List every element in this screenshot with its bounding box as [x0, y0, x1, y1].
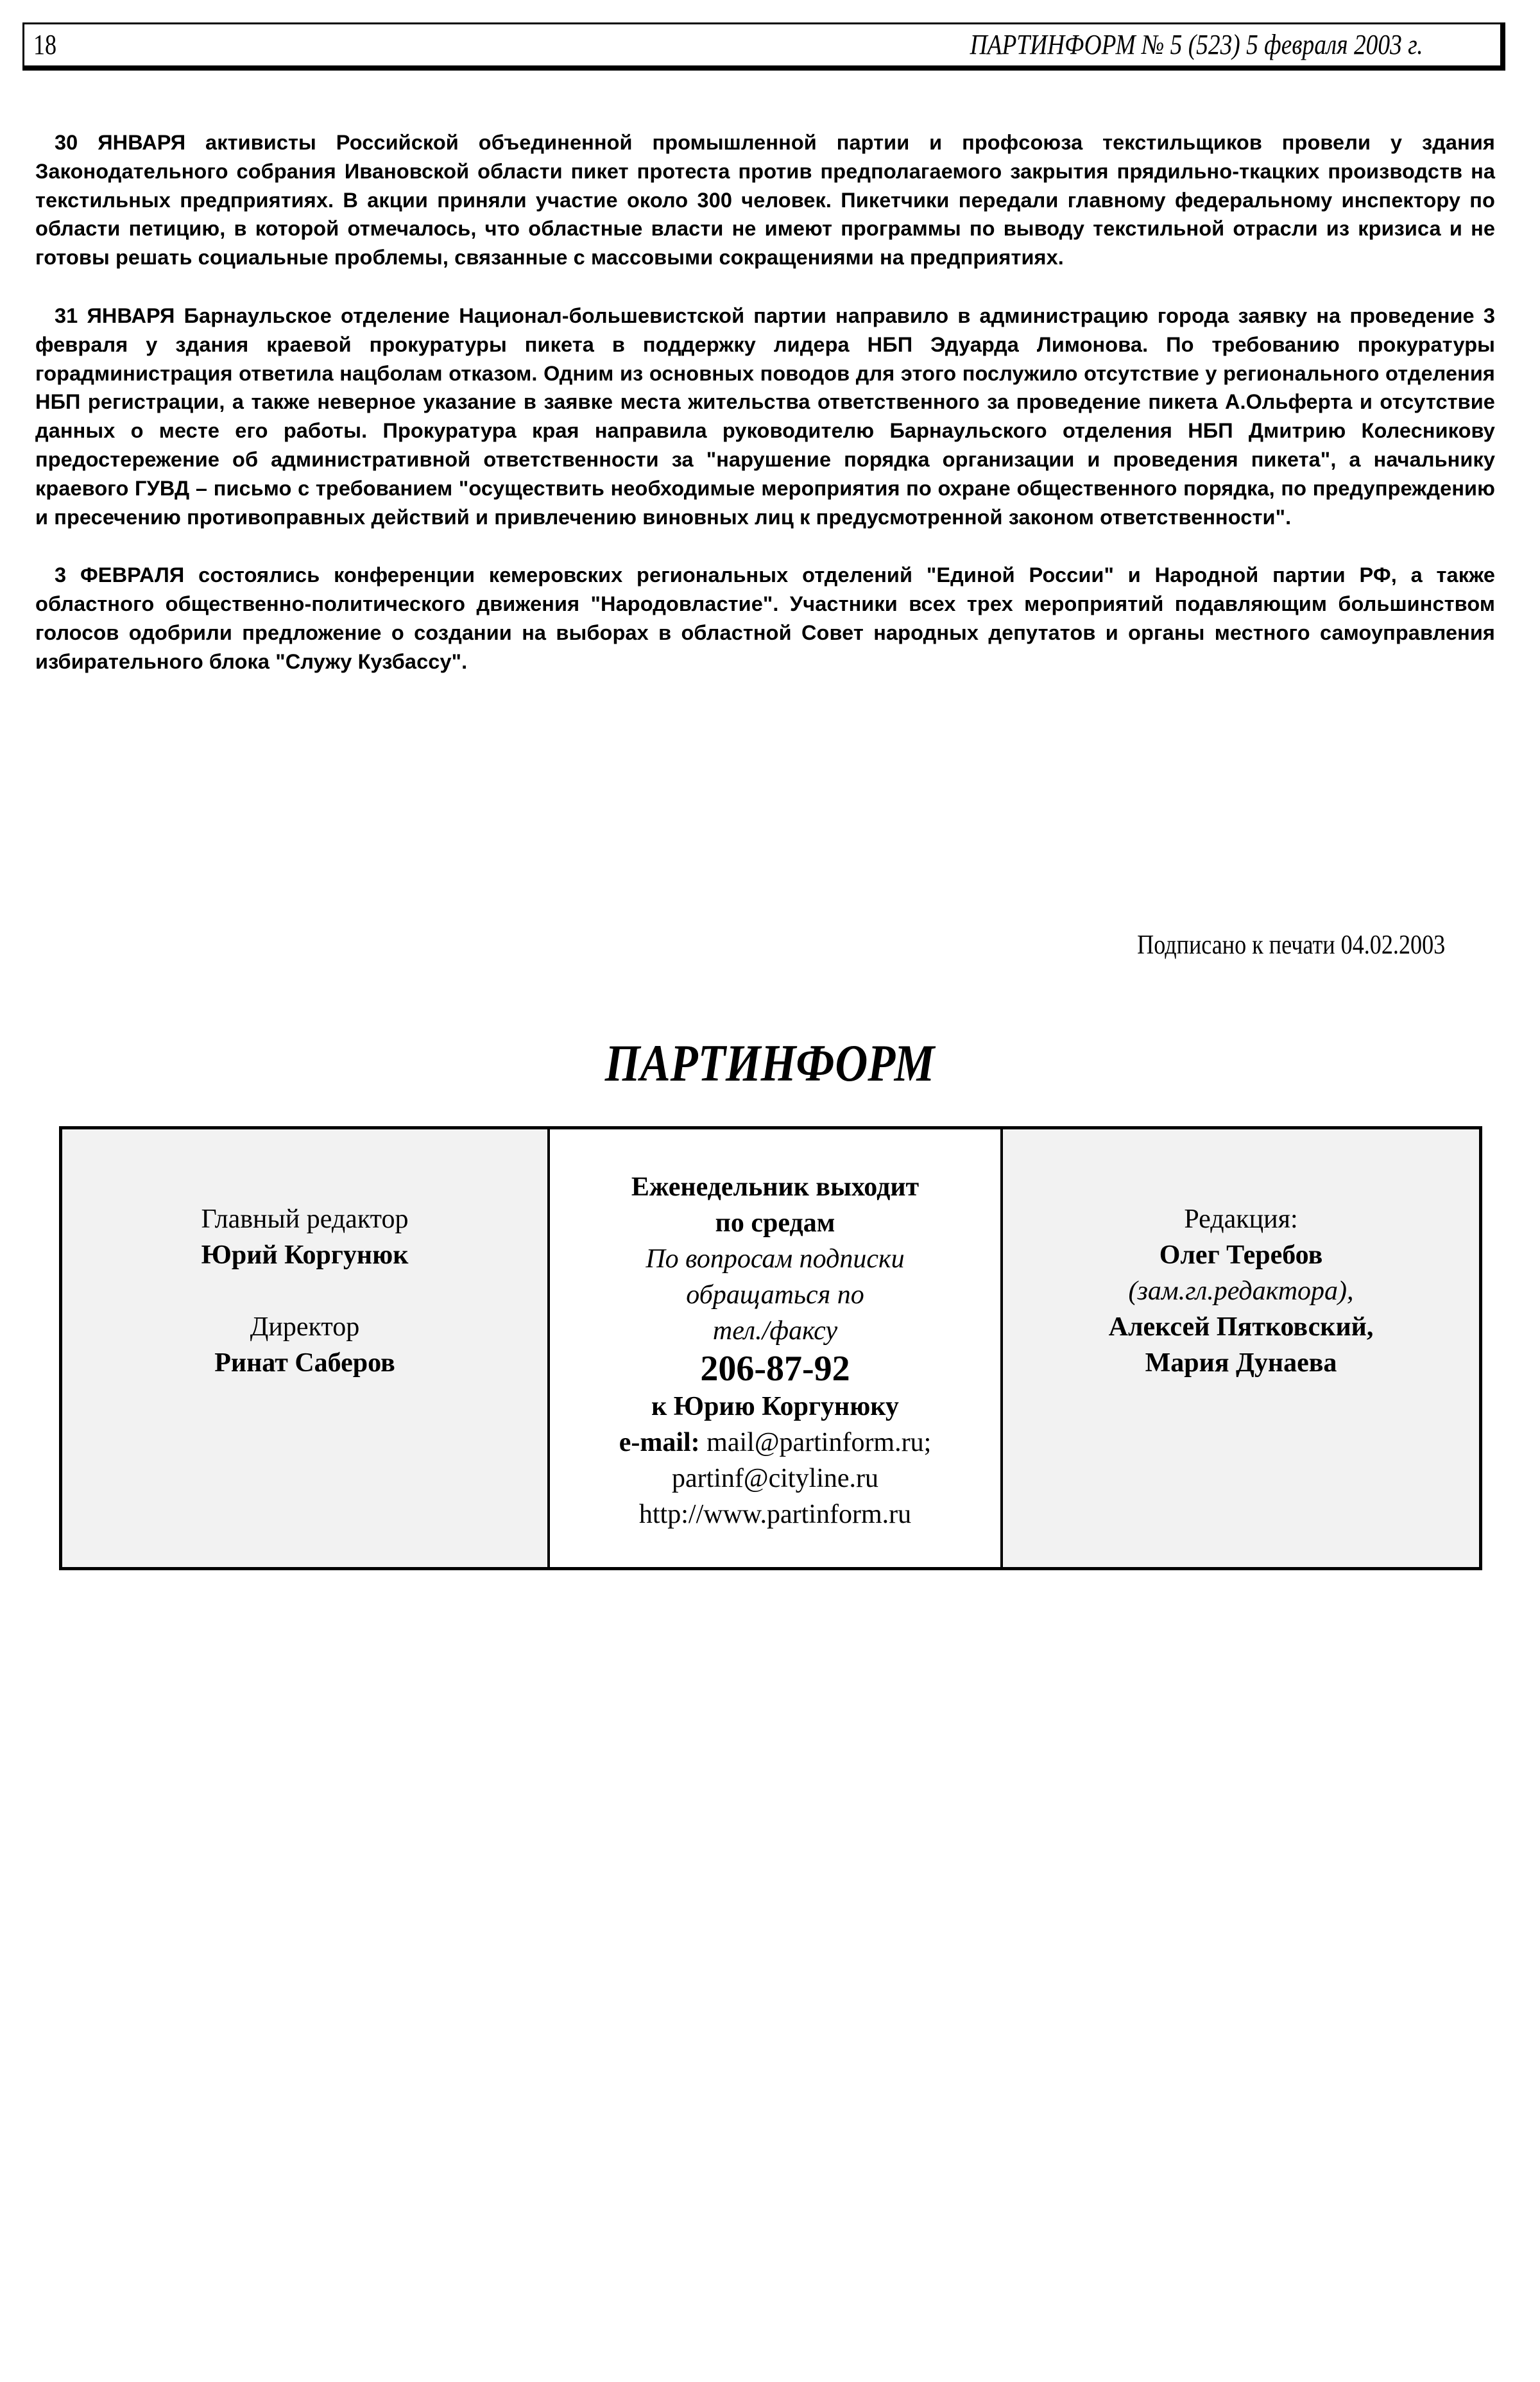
masthead-box: Главный редактор Юрий Коргунюк Директор …: [59, 1126, 1482, 1570]
news-articles: 30 ЯНВАРЯ активисты Российской объединен…: [35, 128, 1495, 706]
staff-role-1: (зам.гл.редактора),: [1003, 1273, 1479, 1309]
masthead-staff: Редакция: Олег Теребов (зам.гл.редактора…: [1003, 1129, 1479, 1567]
staff-name-3: Мария Дунаева: [1003, 1345, 1479, 1381]
email-label: e-mail:: [619, 1428, 700, 1457]
email-link-2[interactable]: partinf@cityline.ru: [550, 1461, 1000, 1496]
email-link-1[interactable]: mail@partinform.ru;: [700, 1428, 932, 1457]
website-link[interactable]: http://www.partinform.ru: [550, 1496, 1000, 1532]
chief-editor-name: Юрий Коргунюк: [62, 1237, 547, 1273]
contact-person: к Юрию Коргунюку: [550, 1389, 1000, 1425]
article-date: 3 ФЕВРАЛЯ: [55, 563, 184, 587]
staff-label: Редакция:: [1003, 1201, 1479, 1237]
subscription-line-3: тел./факсу: [550, 1313, 1000, 1349]
article-text: активисты Российской объединенной промыш…: [35, 131, 1495, 269]
subscription-line-2: обращаться по: [550, 1277, 1000, 1313]
article-feb-3: 3 ФЕВРАЛЯ состоялись конференции кемеров…: [35, 561, 1495, 676]
email-line: e-mail: mail@partinform.ru;: [550, 1425, 1000, 1461]
schedule-line-2: по средам: [550, 1205, 1000, 1241]
article-jan-31: 31 ЯНВАРЯ Барнаульское отделение Национа…: [35, 302, 1495, 531]
article-date: 31 ЯНВАРЯ: [55, 304, 175, 327]
phone-number: 206-87-92: [550, 1349, 1000, 1389]
masthead-leadership: Главный редактор Юрий Коргунюк Директор …: [62, 1129, 550, 1567]
subscription-line-1: По вопросам подписки: [550, 1241, 1000, 1277]
masthead-contacts: Еженедельник выходит по средам По вопрос…: [550, 1129, 1003, 1567]
masthead-title-text: ПАРТИНФОРМ: [605, 1034, 935, 1092]
article-text: Барнаульское отделение Национал-большеви…: [35, 304, 1495, 529]
signed-for-print: Подписано к печати 04.02.2003: [1137, 929, 1445, 961]
director-label: Директор: [62, 1309, 547, 1345]
director-name: Ринат Саберов: [62, 1345, 547, 1381]
article-date: 30 ЯНВАРЯ: [55, 131, 185, 154]
issue-title: ПАРТИНФОРМ № 5 (523) 5 февраля 2003 г.: [970, 28, 1423, 62]
masthead-title: ПАРТИНФОРМ: [0, 1034, 1540, 1092]
chief-editor-label: Главный редактор: [62, 1201, 547, 1237]
schedule-line-1: Еженедельник выходит: [550, 1169, 1000, 1205]
staff-name-2: Алексей Пятковский,: [1003, 1309, 1479, 1345]
page-header: 18 ПАРТИНФОРМ № 5 (523) 5 февраля 2003 г…: [22, 22, 1505, 71]
article-jan-30: 30 ЯНВАРЯ активисты Российской объединен…: [35, 128, 1495, 272]
staff-name-1: Олег Теребов: [1003, 1237, 1479, 1273]
page-number: 18: [33, 28, 56, 62]
article-text: состоялись конференции кемеровских регио…: [35, 563, 1495, 673]
